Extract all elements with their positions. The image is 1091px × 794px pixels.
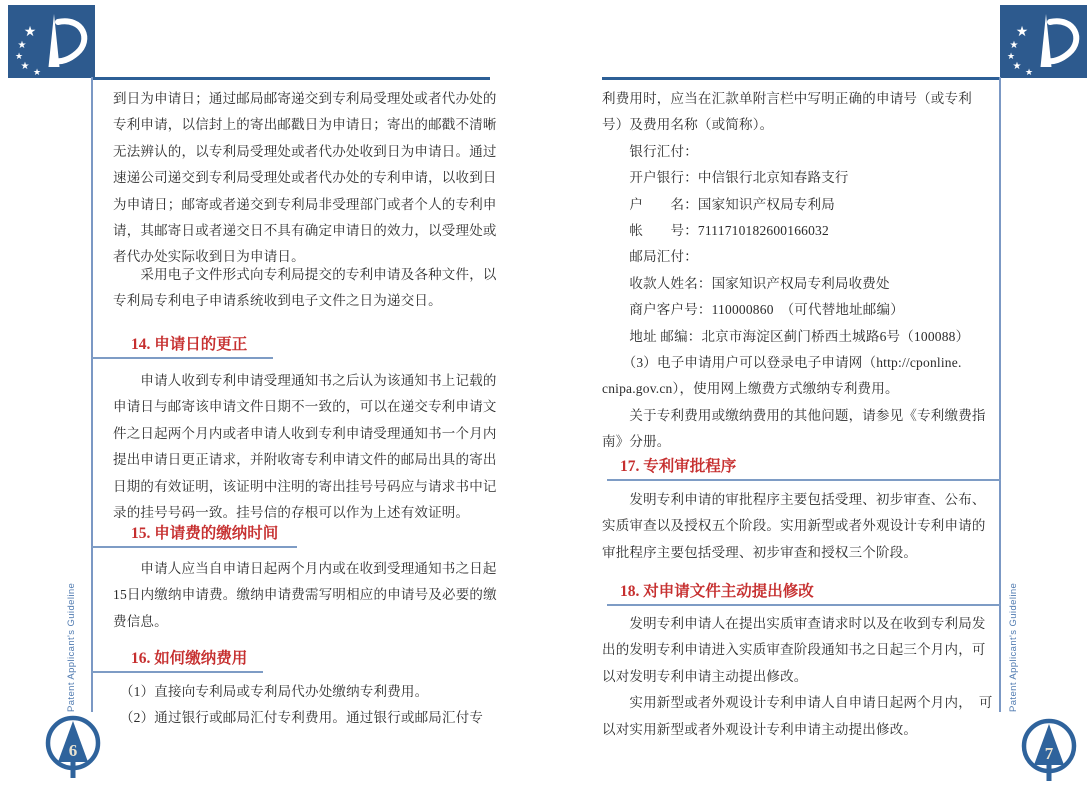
svg-text:★: ★: [1025, 67, 1033, 77]
body-line: 南》分册。: [602, 429, 1000, 455]
heading-underline: [607, 479, 1001, 481]
body-line: 申请人收到专利申请受理通知书之后认为该通知书上记载的: [113, 368, 495, 394]
page-number: 7: [1045, 744, 1054, 763]
svg-text:★: ★: [21, 61, 30, 72]
svg-text:★: ★: [1007, 51, 1015, 61]
right-paragraph-examination-procedure: 发明专利申请的审批程序主要包括受理、初步审查、公布、 实质审查以及授权五个阶段。…: [602, 487, 1000, 566]
body-line: 实质审查以及授权五个阶段。实用新型或者外观设计专利申请的: [602, 513, 1000, 539]
left-paragraph-date-correction: 申请人收到专利申请受理通知书之后认为该通知书上记载的 申请日与邮寄该申请文件日期…: [113, 368, 495, 526]
svg-text:★: ★: [24, 25, 37, 40]
body-line: （3）电子申请用户可以登录电子申请网（http://cponline.: [602, 350, 1000, 376]
body-line: 利费用时，应当在汇款单附言栏中写明正确的申请号（或专利: [602, 86, 1000, 112]
body-line: 商户客户号：110000860 （可代替地址邮编）: [602, 297, 1000, 323]
section-heading-15: 15. 申请费的缴纳时间: [131, 524, 278, 544]
body-line: 专利局专利电子申请系统收到电子文件之日为递交日。: [113, 288, 495, 314]
cnipa-logo: ★ ★ ★ ★ ★: [1000, 5, 1087, 78]
page-number-badge-right: 7: [1018, 717, 1080, 781]
body-line: 户 名：国家知识产权局专利局: [602, 192, 1000, 218]
cnipa-emblem-icon: ★ ★ ★ ★ ★: [8, 5, 95, 78]
heading-underline: [91, 671, 263, 673]
body-line: 号）及费用名称（或简称）。: [602, 112, 1000, 138]
left-side-label: Patent Applicant's Guideline: [66, 592, 77, 712]
document-spread: ★ ★ ★ ★ ★ ★ ★ ★ ★ ★ 到日为申请日；通过邮局邮寄递交到专利局受…: [0, 0, 1091, 794]
body-line: 审批程序主要包括受理、初步审查和授权三个阶段。: [602, 540, 1000, 566]
body-line: 出的发明专利申请进入实质审查阶段通知书之日起三个月内，可: [602, 637, 1000, 663]
tower-badge-icon: 7: [1018, 717, 1080, 781]
body-line: 帐 号：7111710182600166032: [602, 218, 1000, 244]
section-heading-14: 14. 申请日的更正: [131, 335, 247, 355]
body-line: 日期的有效证明，该证明中注明的寄出挂号号码应与请求书中记: [113, 474, 495, 500]
svg-text:★: ★: [1010, 40, 1019, 51]
body-line: 申请人应当自申请日起两个月内或在收到受理通知书之日起: [113, 556, 495, 582]
body-line: 费信息。: [113, 609, 495, 635]
page-number: 6: [69, 741, 78, 760]
body-line: 申请日与邮寄该申请文件日期不一致的，可以在递交专利申请文: [113, 394, 495, 420]
cnipa-logo: ★ ★ ★ ★ ★: [8, 5, 95, 78]
body-line: 到日为申请日；通过邮局邮寄递交到专利局受理处或者代办处的: [113, 86, 495, 112]
section-heading-16: 16. 如何缴纳费用: [131, 649, 247, 669]
body-line: 以对发明专利申请主动提出修改。: [602, 664, 1000, 690]
body-line: 开户银行：中信银行北京知春路支行: [602, 165, 1000, 191]
left-paragraph-efiling: 采用电子文件形式向专利局提交的专利申请及各种文件，以 专利局专利电子申请系统收到…: [113, 262, 495, 315]
body-line: 提出申请日更正请求，并附收寄专利申请文件的邮局出具的寄出: [113, 447, 495, 473]
svg-text:★: ★: [15, 51, 23, 61]
right-page-header-rule: [602, 77, 1001, 80]
body-line: 发明专利申请人在提出实质审查请求时以及在收到专利局发: [602, 611, 1000, 637]
body-line: 件之日起两个月内或者申请人收到专利申请受理通知书一个月内: [113, 421, 495, 447]
body-line: 邮局汇付：: [602, 244, 1000, 270]
body-line: 关于专利费用或缴纳费用的其他问题，请参见《专利缴费指: [602, 403, 1000, 429]
left-paragraph-fee-time: 申请人应当自申请日起两个月内或在收到受理通知书之日起 15日内缴纳申请费。缴纳申…: [113, 556, 495, 635]
tower-badge-icon: 6: [42, 714, 104, 778]
body-line: （1）直接向专利局或专利局代办处缴纳专利费用。: [113, 679, 495, 705]
right-paragraph-payment-details: 利费用时，应当在汇款单附言栏中写明正确的申请号（或专利 号）及费用名称（或简称）…: [602, 86, 1000, 455]
body-line: 银行汇付：: [602, 139, 1000, 165]
body-line: 以对实用新型或者外观设计专利申请主动提出修改。: [602, 717, 1000, 743]
cnipa-emblem-icon: ★ ★ ★ ★ ★: [1000, 5, 1087, 78]
left-page-margin-rule: [91, 77, 93, 712]
body-line: 发明专利申请的审批程序主要包括受理、初步审查、公布、: [602, 487, 1000, 513]
body-line: 录的挂号号码一致。挂号信的存根可以作为上述有效证明。: [113, 500, 495, 526]
body-line: （2）通过银行或邮局汇付专利费用。通过银行或邮局汇付专: [113, 705, 495, 731]
body-line: 采用电子文件形式向专利局提交的专利申请及各种文件，以: [113, 262, 495, 288]
body-line: 为申请日；邮寄或者递交到专利局非受理部门或者个人的专利申: [113, 192, 495, 218]
body-line: 速递公司递交到专利局受理处或者代办处的专利申请，以收到日: [113, 165, 495, 191]
right-paragraph-voluntary-amendment: 发明专利申请人在提出实质审查请求时以及在收到专利局发 出的发明专利申请进入实质审…: [602, 611, 1000, 743]
left-paragraph-filing-date: 到日为申请日；通过邮局邮寄递交到专利局受理处或者代办处的 专利申请，以信封上的寄…: [113, 86, 495, 271]
heading-underline: [607, 604, 1001, 606]
body-line: 实用新型或者外观设计专利申请人自申请日起两个月内， 可: [602, 690, 1000, 716]
svg-text:★: ★: [1013, 61, 1022, 72]
body-line: 收款人姓名：国家知识产权局专利局收费处: [602, 271, 1000, 297]
heading-underline: [91, 357, 273, 359]
body-line: 无法辨认的，以专利局受理处或者代办处收到日为申请日。通过: [113, 139, 495, 165]
heading-underline: [91, 546, 297, 548]
svg-text:★: ★: [18, 40, 27, 51]
body-line: cnipa.gov.cn），使用网上缴费方式缴纳专利费用。: [602, 376, 1000, 402]
right-side-label: Patent Applicant's Guideline: [1008, 592, 1019, 712]
section-heading-18: 18. 对申请文件主动提出修改: [620, 582, 814, 602]
svg-text:★: ★: [1016, 25, 1029, 40]
page-number-badge-left: 6: [42, 714, 104, 778]
left-paragraph-how-to-pay: （1）直接向专利局或专利局代办处缴纳专利费用。 （2）通过银行或邮局汇付专利费用…: [113, 679, 495, 732]
svg-text:★: ★: [33, 67, 41, 77]
body-line: 15日内缴纳申请费。缴纳申请费需写明相应的申请号及必要的缴: [113, 582, 495, 608]
body-line: 请，其邮寄日或者递交日不具有确定申请日的效力，以受理处或: [113, 218, 495, 244]
body-line: 专利申请，以信封上的寄出邮戳日为申请日；寄出的邮戳不清晰: [113, 112, 495, 138]
section-heading-17: 17. 专利审批程序: [620, 457, 736, 477]
body-line: 地址 邮编：北京市海淀区蓟门桥西土城路6号（100088）: [602, 324, 1000, 350]
left-page-header-rule: [91, 77, 490, 80]
